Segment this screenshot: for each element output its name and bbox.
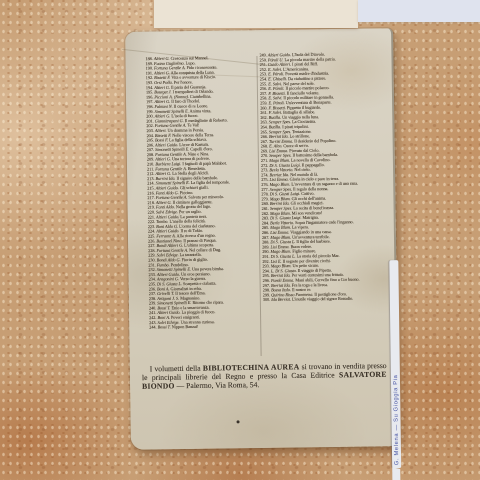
ink-speck (237, 420, 240, 423)
notice-text: I volumetti della (150, 365, 203, 374)
catalog-entry-num: 244. (149, 325, 156, 330)
spine-label: G. Melena — Su Gioggia Pia (389, 260, 401, 468)
catalog-right-column: 249. Altieri Guido. L'Isola del Diavolo.… (259, 51, 377, 356)
catalog-entry: 244. Bossi T. Nippon Banzai! (149, 324, 262, 330)
notice-text: — Palermo, Via Roma, 54. (175, 381, 260, 390)
catalog-left-column: 188. Altieri G. Crescenza sul Mannel.189… (145, 55, 261, 360)
covering-card-right (358, 0, 480, 22)
catalog-entry-author: Bossi T. (158, 324, 171, 329)
publisher-notice: I volumetti della BIBLIOTECHINA AUREA si… (142, 362, 389, 407)
catalog-entry-num: 300. (263, 297, 270, 302)
covering-card-left (154, 0, 358, 28)
catalog-entry-title: Nippon Banzai! (172, 324, 199, 329)
catalog-entry: 300. Ida Berriat. L'inutile viaggio del … (263, 296, 376, 302)
spine-label-text: G. Melena — Su Gioggia Pia (390, 267, 399, 465)
book-back-cover: 188. Altieri G. Crescenza sul Mannel.189… (125, 28, 399, 450)
photo-background: 188. Altieri G. Crescenza sul Mannel.189… (0, 0, 480, 480)
catalog-entry-author: Ida Berriat. (271, 297, 291, 302)
catalog-entry-title: L'inutile viaggio del signor Bonadio. (292, 296, 353, 302)
